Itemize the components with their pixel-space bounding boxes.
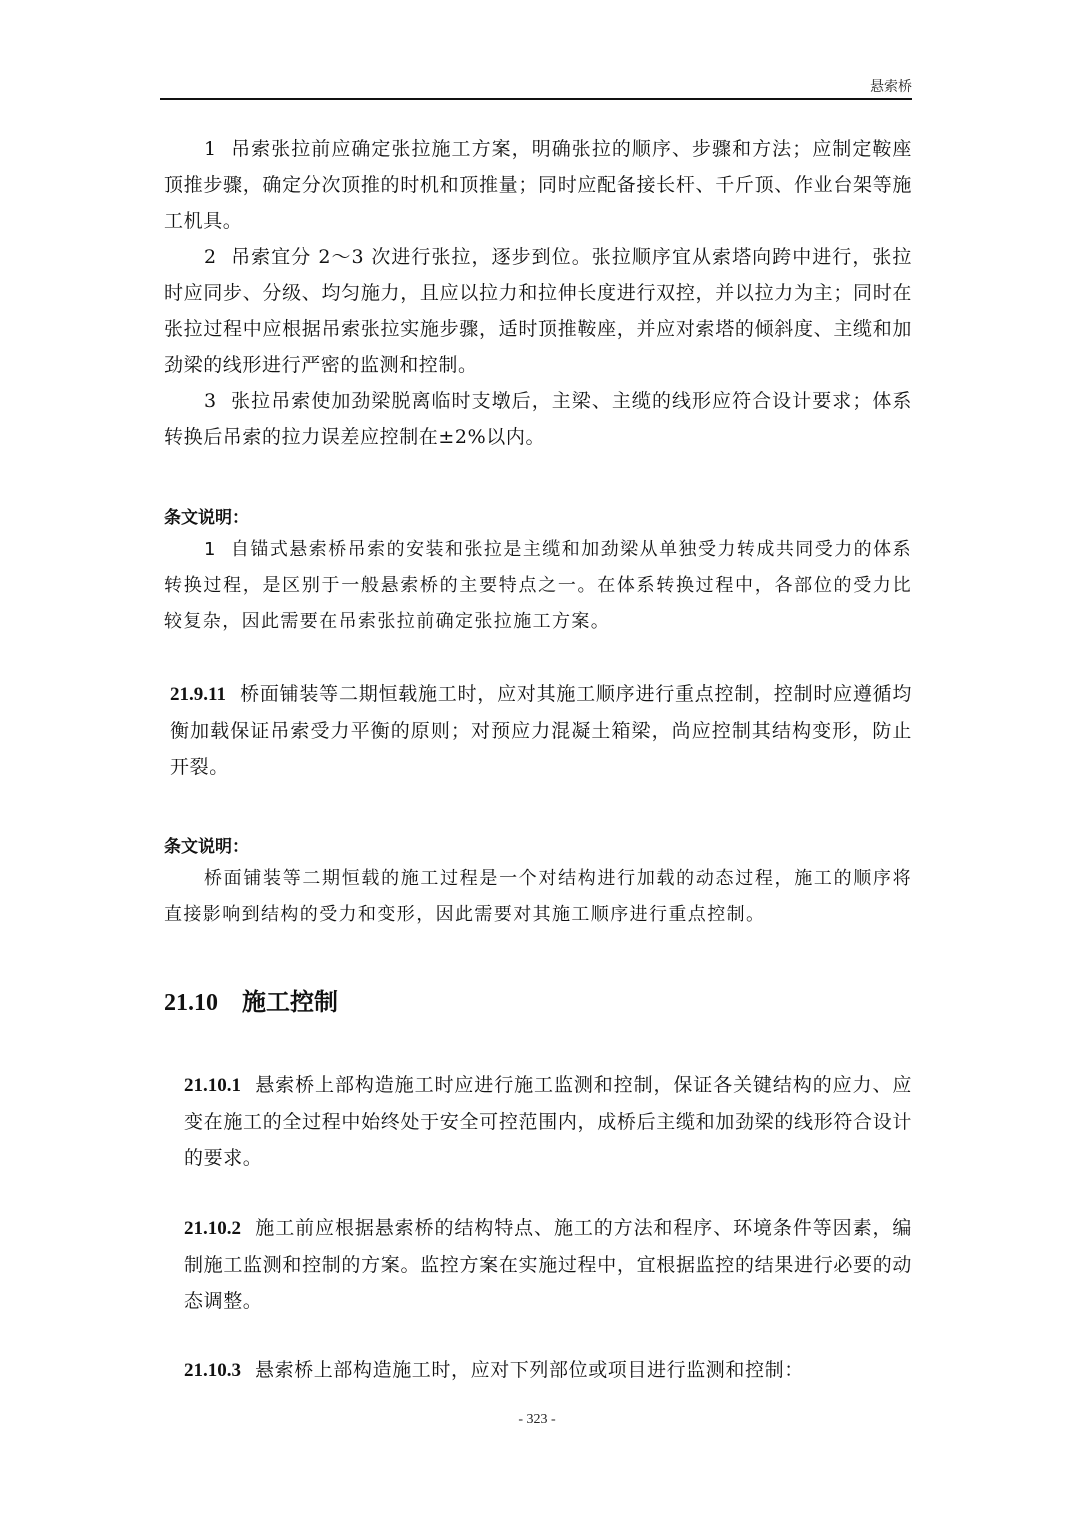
clause-text: 桥面铺装等二期恒载施工时，应对其施工顺序进行重点控制，控制时应遵循均衡加载保证吊…: [170, 683, 912, 778]
item-text: 吊索宜分 2～3 次进行张拉，逐步到位。张拉顺序宜从索塔向跨中进行，张拉时应同步…: [164, 246, 912, 376]
item-number: 2: [204, 246, 217, 268]
item-number: 1: [204, 539, 217, 560]
clause-text: 悬索桥上部构造施工时，应对下列部位或项目进行监测和控制：: [255, 1359, 804, 1381]
explanation-text: 1自锚式悬索桥吊索的安装和张拉是主缆和加劲梁从单独受力转成共同受力的体系转换过程…: [164, 532, 912, 640]
explanation-text: 桥面铺装等二期恒载的施工过程是一个对结构进行加载的动态过程，施工的顺序将直接影响…: [164, 861, 912, 933]
clause-number: 21.10.1: [184, 1075, 241, 1096]
item-number: 1: [204, 138, 217, 160]
item-text: 吊索张拉前应确定张拉施工方案，明确张拉的顺序、步骤和方法；应制定鞍座顶推步骤，确…: [164, 138, 912, 232]
item-number: 3: [204, 390, 217, 412]
explanation-heading: 条文说明：: [164, 832, 249, 857]
page-number: - 323 -: [0, 1412, 1074, 1428]
clause-text: 悬索桥上部构造施工时应进行施工监测和控制，保证各关键结构的应力、应变在施工的全过…: [184, 1074, 912, 1169]
document-page: 悬索桥 1吊索张拉前应确定张拉施工方案，明确张拉的顺序、步骤和方法；应制定鞍座顶…: [0, 0, 1074, 1520]
section-heading: 21.10施工控制: [164, 982, 338, 1017]
clause-number: 21.10.2: [184, 1218, 241, 1239]
item-text: 自锚式悬索桥吊索的安装和张拉是主缆和加劲梁从单独受力转成共同受力的体系转换过程，…: [164, 539, 912, 632]
item-1: 1吊索张拉前应确定张拉施工方案，明确张拉的顺序、步骤和方法；应制定鞍座顶推步骤，…: [164, 131, 912, 239]
clause-text: 施工前应根据悬索桥的结构特点、施工的方法和程序、环境条件等因素，编制施工监测和控…: [184, 1217, 912, 1312]
item-2: 2吊索宜分 2～3 次进行张拉，逐步到位。张拉顺序宜从索塔向跨中进行，张拉时应同…: [164, 239, 912, 383]
running-header: 悬索桥: [870, 76, 912, 96]
header-divider: [160, 98, 912, 100]
clause-number: 21.9.11: [170, 684, 226, 705]
item-text: 张拉吊索使加劲梁脱离临时支墩后，主梁、主缆的线形应符合设计要求；体系转换后吊索的…: [164, 390, 912, 448]
section-title: 施工控制: [242, 988, 338, 1016]
item-3: 3张拉吊索使加劲梁脱离临时支墩后，主梁、主缆的线形应符合设计要求；体系转换后吊索…: [164, 383, 912, 455]
explanation-heading: 条文说明：: [164, 503, 249, 528]
clause-number: 21.10.3: [184, 1360, 241, 1381]
clause-21-10-1: 21.10.1悬索桥上部构造施工时应进行施工监测和控制，保证各关键结构的应力、应…: [164, 1067, 912, 1176]
clause-21-10-2: 21.10.2施工前应根据悬索桥的结构特点、施工的方法和程序、环境条件等因素，编…: [164, 1210, 912, 1319]
clause-21-9-11: 21.9.11桥面铺装等二期恒载施工时，应对其施工顺序进行重点控制，控制时应遵循…: [164, 676, 912, 785]
section-number: 21.10: [164, 990, 218, 1016]
clause-21-10-3: 21.10.3悬索桥上部构造施工时，应对下列部位或项目进行监测和控制：: [164, 1352, 912, 1389]
